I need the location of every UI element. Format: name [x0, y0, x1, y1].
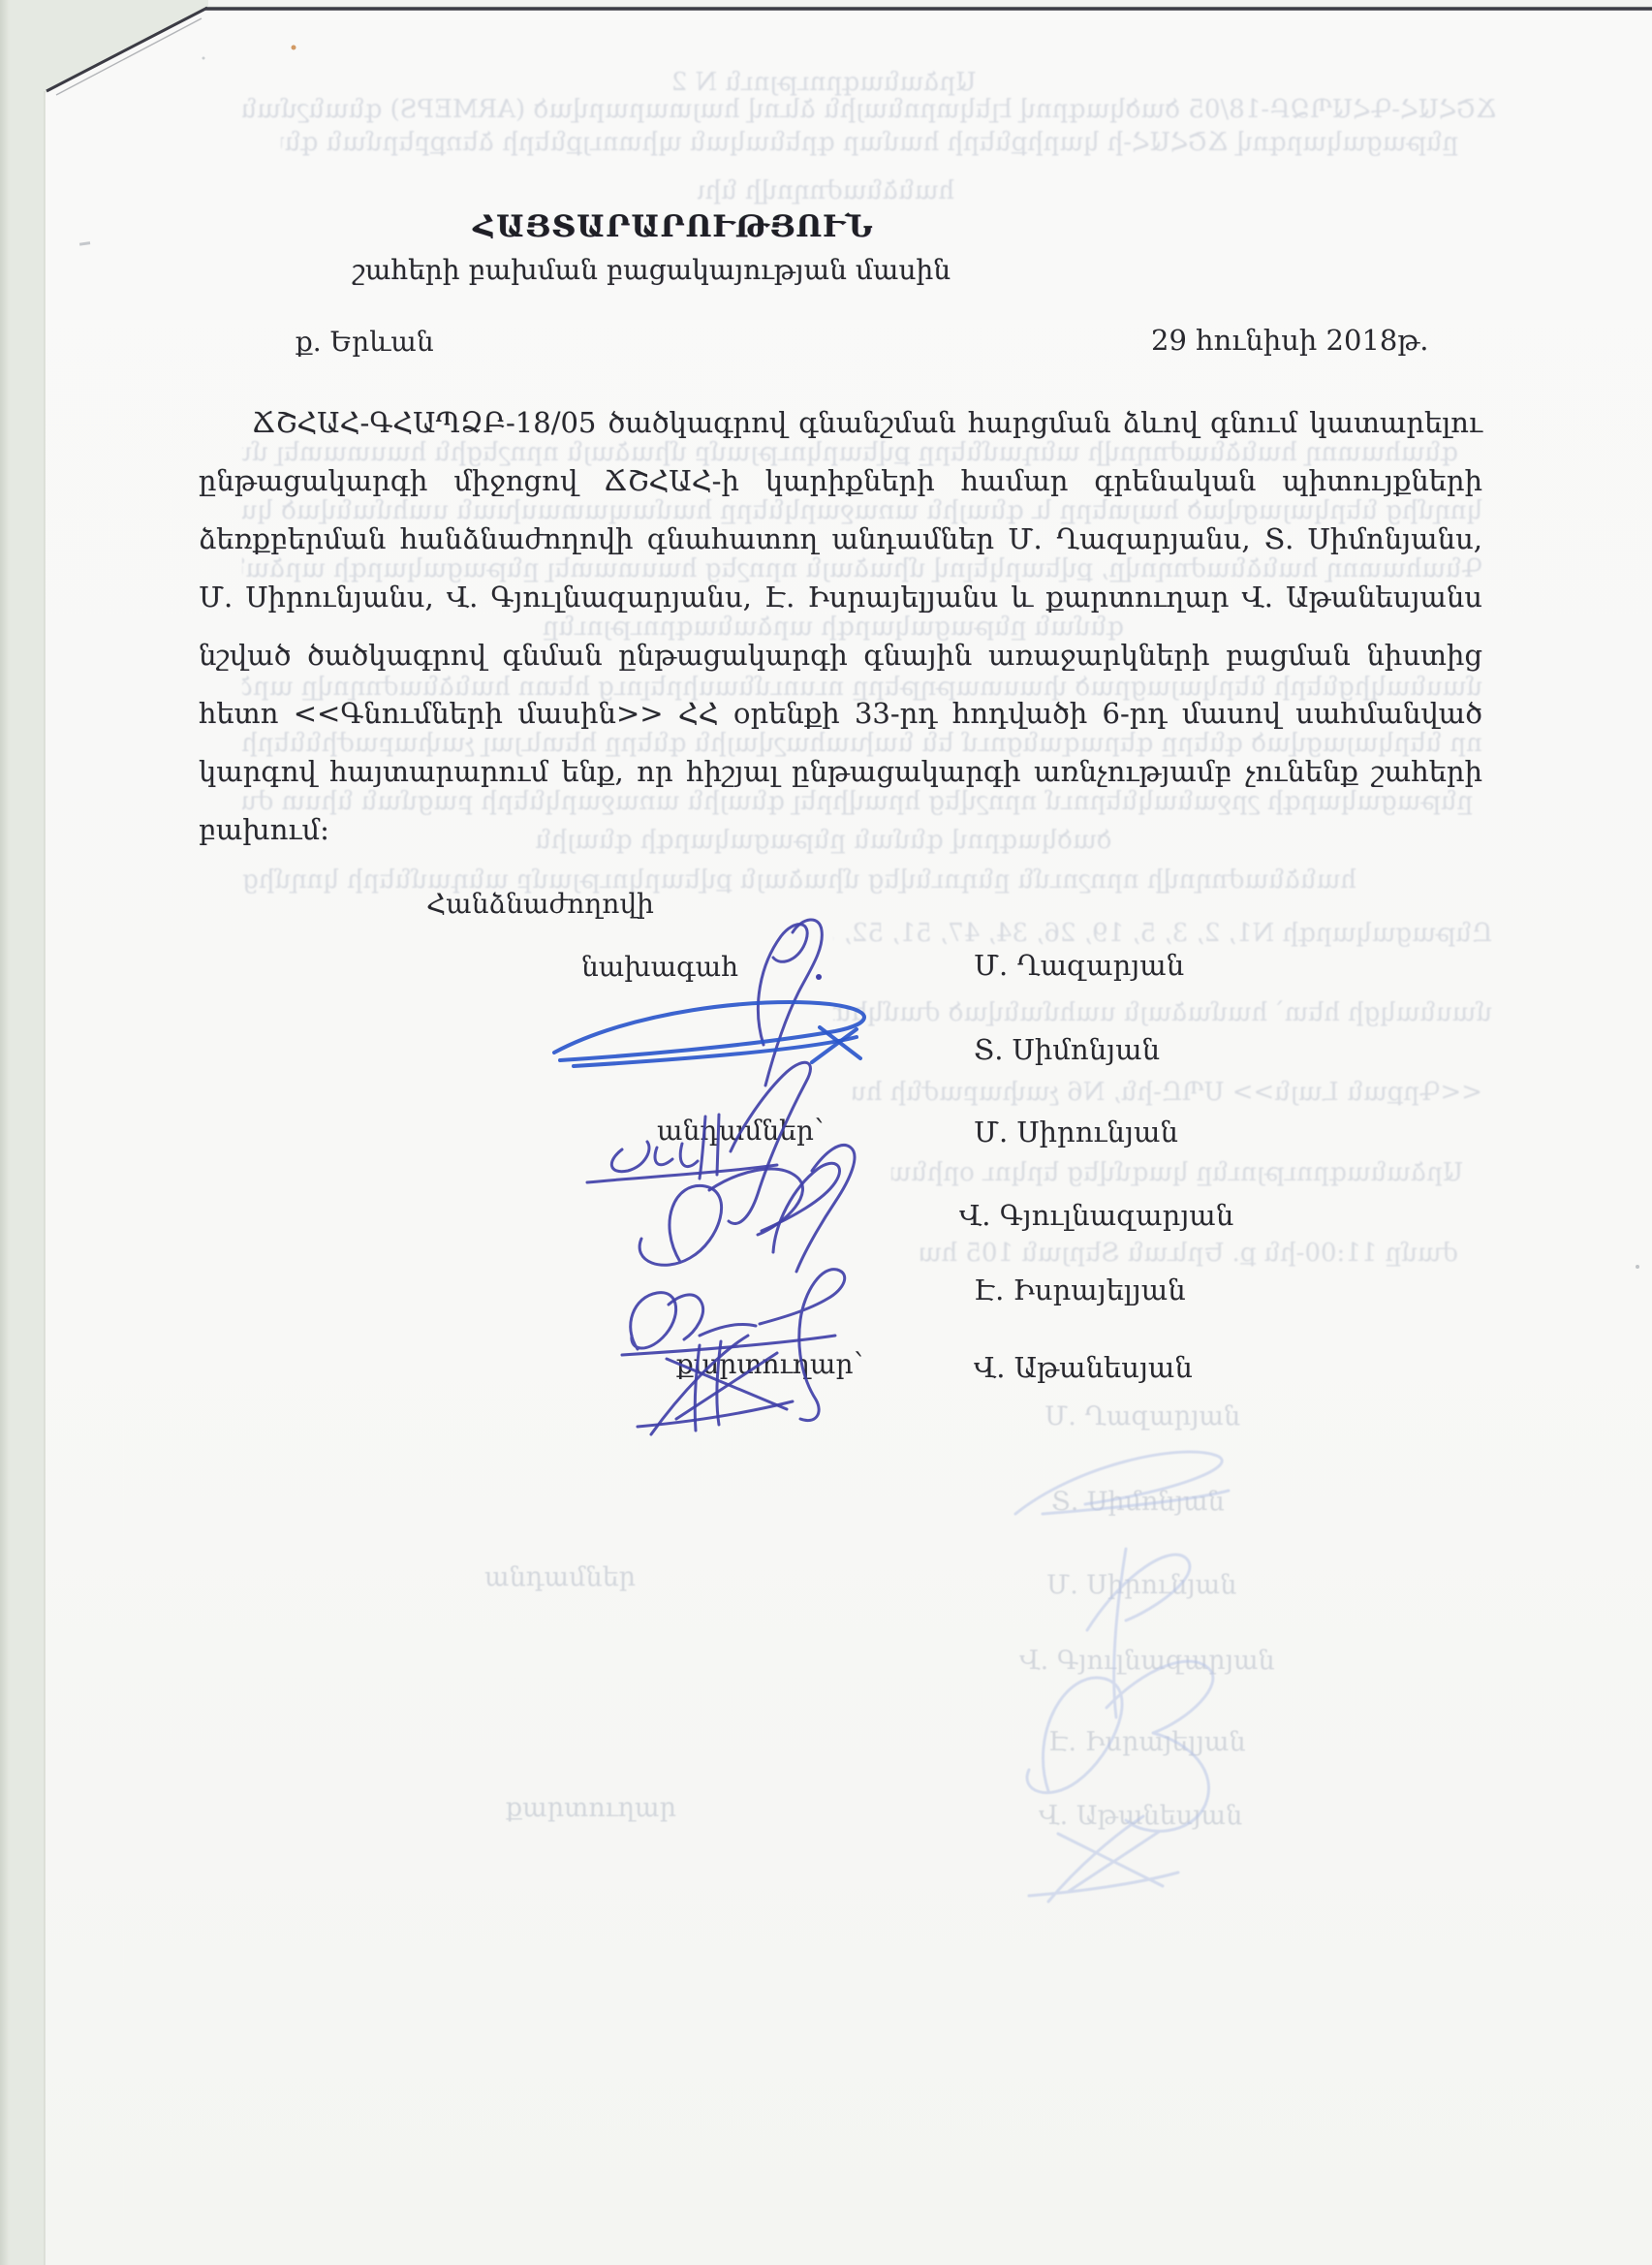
signatory-name: Տ. Սիմոնյան: [974, 1033, 1160, 1066]
signatory-name: Է. Իսրայելյան: [974, 1274, 1186, 1306]
body-paragraph: ՃՇՀԱՀ-ԳՀԱՊՁԲ-18/05 ծածկագրով գնանշման հա…: [199, 393, 1482, 859]
role-label-secretary: քարտուղար`: [676, 1348, 867, 1380]
role-label-members: անդամներ՝: [657, 1115, 824, 1147]
signatory-name: Մ. Ղազարյան: [974, 949, 1184, 982]
signatory-name: Մ. Սիրունյան: [974, 1116, 1178, 1148]
date-line: 29 հունիսի 2018թ.: [1151, 324, 1429, 357]
document-subtitle: շահերի բախման բացակայության մասին: [0, 254, 1303, 286]
place-line: ք. Երևան: [296, 326, 434, 358]
document-title: ՀԱՅՏԱՐԱՐՈՒԹՅՈՒՆ: [0, 209, 1347, 244]
committee-label: Հանձնաժողովի: [426, 888, 654, 920]
signatory-name: Վ. Աթանեսյան: [974, 1351, 1193, 1384]
role-label-chairman: նախագահ: [581, 951, 738, 983]
scanned-document: { "colors":{ "paper":"#f8f8f6","scanner_…: [0, 0, 1652, 2265]
signatory-name: Վ. Գյուլնազարյան: [959, 1199, 1233, 1232]
